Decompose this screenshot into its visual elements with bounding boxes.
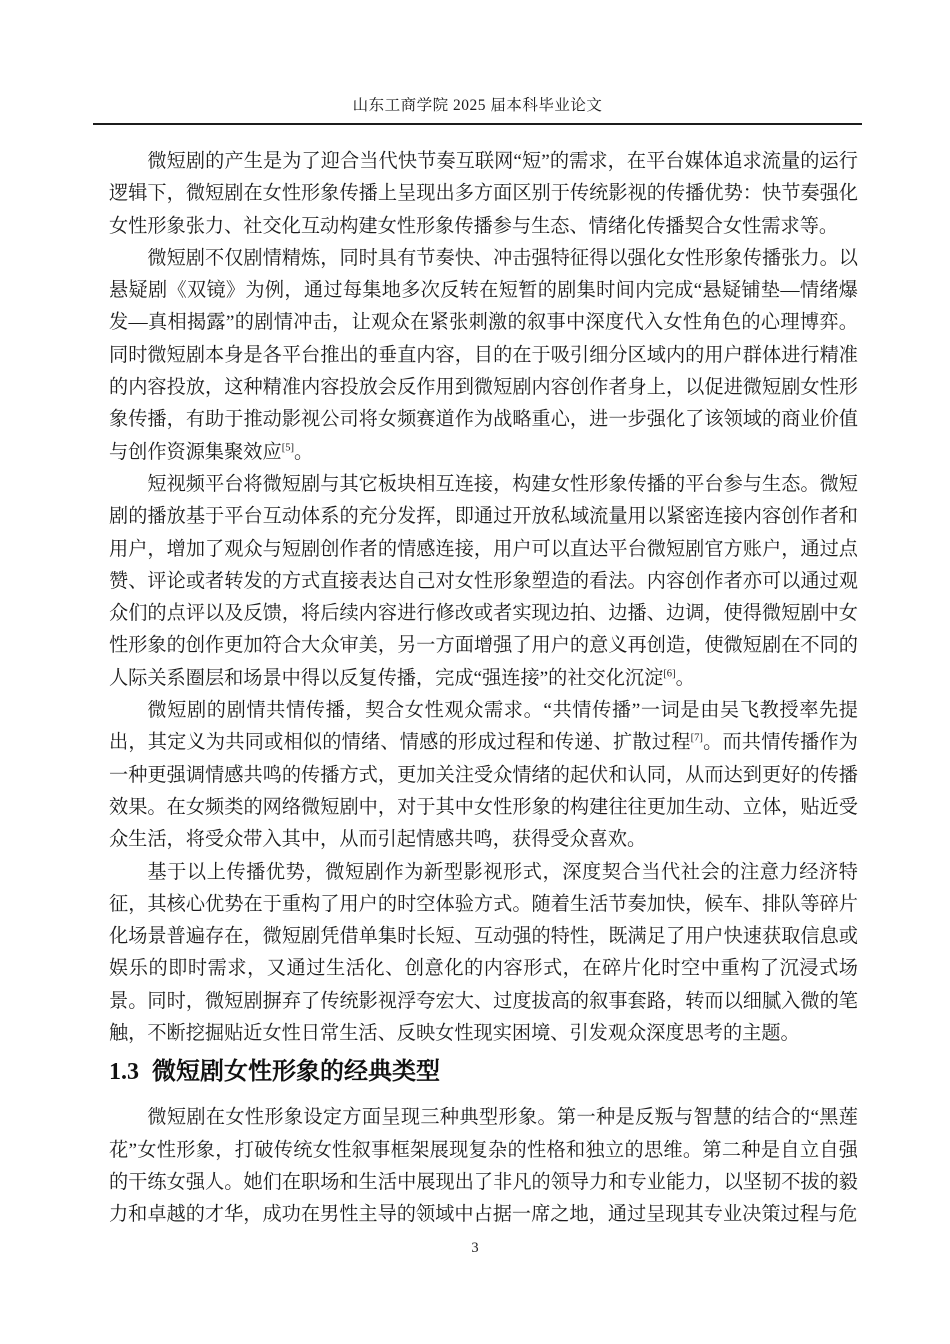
paragraph: 短视频平台将微短剧与其它板块相互连接，构建女性形象传播的平台参与生态。微短剧的播… xyxy=(109,469,858,695)
section-title: 微短剧女性形象的经典类型 xyxy=(152,1059,440,1085)
section-number: 1.3 xyxy=(109,1059,139,1085)
paragraph: 微短剧不仅剧情精炼，同时具有节奏快、冲击强特征得以强化女性形象传播张力。以悬疑剧… xyxy=(109,243,858,469)
document-body: 微短剧的产生是为了迎合当代快节奏互联网“短”的需求，在平台媒体追求流量的运行逻辑… xyxy=(109,146,858,1232)
citation-ref: [5] xyxy=(282,442,294,453)
section-heading: 1.3微短剧女性形象的经典类型 xyxy=(109,1052,858,1092)
header-title: 山东工商学院 2025 届本科毕业论文 xyxy=(353,97,603,114)
page-header: 山东工商学院 2025 届本科毕业论文 xyxy=(93,96,862,125)
paragraph: 微短剧的剧情共情传播，契合女性观众需求。“共情传播”一词是由吴飞教授率先提出，其… xyxy=(109,695,858,856)
thesis-page: 山东工商学院 2025 届本科毕业论文 微短剧的产生是为了迎合当代快节奏互联网“… xyxy=(0,0,950,1344)
page-footer: 3 xyxy=(0,1240,950,1257)
page-number: 3 xyxy=(471,1240,478,1256)
citation-ref: [6] xyxy=(663,668,675,679)
paragraph: 微短剧在女性形象设定方面呈现三种典型形象。第一种是反叛与智慧的结合的“黑莲花”女… xyxy=(109,1102,858,1231)
paragraph: 基于以上传播优势，微短剧作为新型影视形式，深度契合当代社会的注意力经济特征，其核… xyxy=(109,857,858,1051)
citation-ref: [7] xyxy=(691,733,703,744)
paragraph: 微短剧的产生是为了迎合当代快节奏互联网“短”的需求，在平台媒体追求流量的运行逻辑… xyxy=(109,146,858,243)
